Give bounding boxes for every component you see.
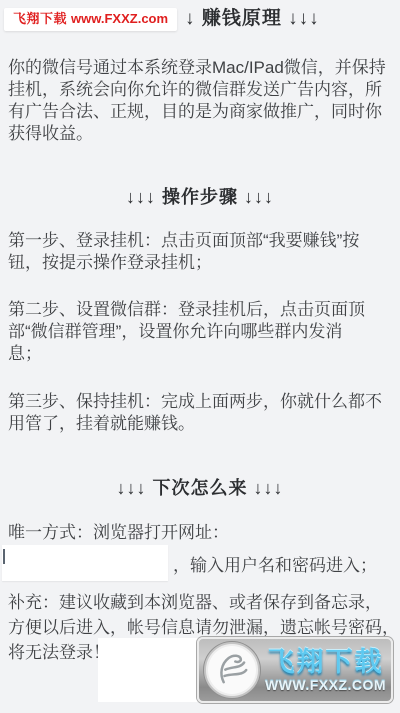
page-title: ↓ 赚钱原理 ↓↓↓ (185, 7, 320, 31)
top-watermark-url: www.FXXZ.com (71, 11, 168, 26)
bird-logo-circle (204, 642, 260, 698)
step1-paragraph: 第一步、登录挂机：点击页面顶部“我要赚钱”按 钮，按提示操作登录挂机； (8, 230, 392, 274)
text-line: 第一步、登录挂机：点击页面顶部“我要赚钱”按 (8, 230, 392, 252)
cursor-mark (3, 549, 5, 564)
text-line: 部“微信群管理”，设置你允许向哪些群内发消 (8, 321, 392, 343)
only-way-line: 唯一方式：浏览器打开网址： (8, 522, 392, 544)
section-title-next: ↓↓↓ 下次怎么来 ↓↓↓ (0, 478, 400, 498)
text-line: 钮，按提示操作登录挂机； (8, 252, 392, 274)
logo-url-text: WWW.FXXZ.COM (265, 677, 386, 693)
text-line: 补充：建议收藏到本浏览器、或者保存到备忘录， (8, 590, 392, 615)
text-line: 获得收益。 (8, 123, 392, 145)
text-line: 第三步、保持挂机：完成上面两步，你就什么都不 (8, 391, 392, 413)
text-line: 有广告合法、正规，目的是为商家做推广，同时你 (8, 101, 392, 123)
text-line: 唯一方式：浏览器打开网址： (8, 522, 392, 544)
top-bar: 飞翔下载www.FXXZ.com ↓ 赚钱原理 ↓↓↓ (0, 0, 400, 31)
logo-texts: 飞翔下载 WWW.FXXZ.COM (265, 647, 386, 693)
redacted-url-box (2, 545, 168, 581)
text-line: ，输入用户名和密码进入； (173, 551, 377, 576)
section-title-steps: ↓↓↓ 操作步骤 ↓↓↓ (0, 187, 400, 207)
text-line: 挂机，系统会向你允许的微信群发送广告内容，所 (8, 79, 392, 101)
url-row: ，输入用户名和密码进入； (2, 544, 392, 582)
text-line: 用管了，挂着就能赚钱。 (8, 413, 392, 435)
text-line: 你的微信号通过本系统登录Mac/IPad微信，并保持 (8, 57, 392, 79)
step2-paragraph: 第二步、设置微信群：登录挂机后，点击页面顶 部“微信群管理”，设置你允许向哪些群… (8, 299, 392, 365)
top-watermark-badge: 飞翔下载www.FXXZ.com (4, 8, 177, 31)
step3-paragraph: 第三步、保持挂机：完成上面两步，你就什么都不 用管了，挂着就能赚钱。 (8, 391, 392, 435)
text-line: 息； (8, 343, 392, 365)
page: 飞翔下载www.FXXZ.com ↓ 赚钱原理 ↓↓↓ 你的微信号通过本系统登录… (0, 0, 400, 713)
text-line: 第二步、设置微信群：登录挂机后，点击页面顶 (8, 299, 392, 321)
top-watermark-brand: 飞翔下载 (13, 11, 67, 26)
bottom-watermark-logo: 飞翔下载 WWW.FXXZ.COM (197, 637, 393, 703)
logo-brand-text: 飞翔下载 (268, 647, 384, 677)
bottom-redaction-box (98, 638, 201, 702)
intro-paragraph: 你的微信号通过本系统登录Mac/IPad微信，并保持 挂机，系统会向你允许的微信… (8, 57, 392, 145)
bird-icon (212, 648, 252, 693)
